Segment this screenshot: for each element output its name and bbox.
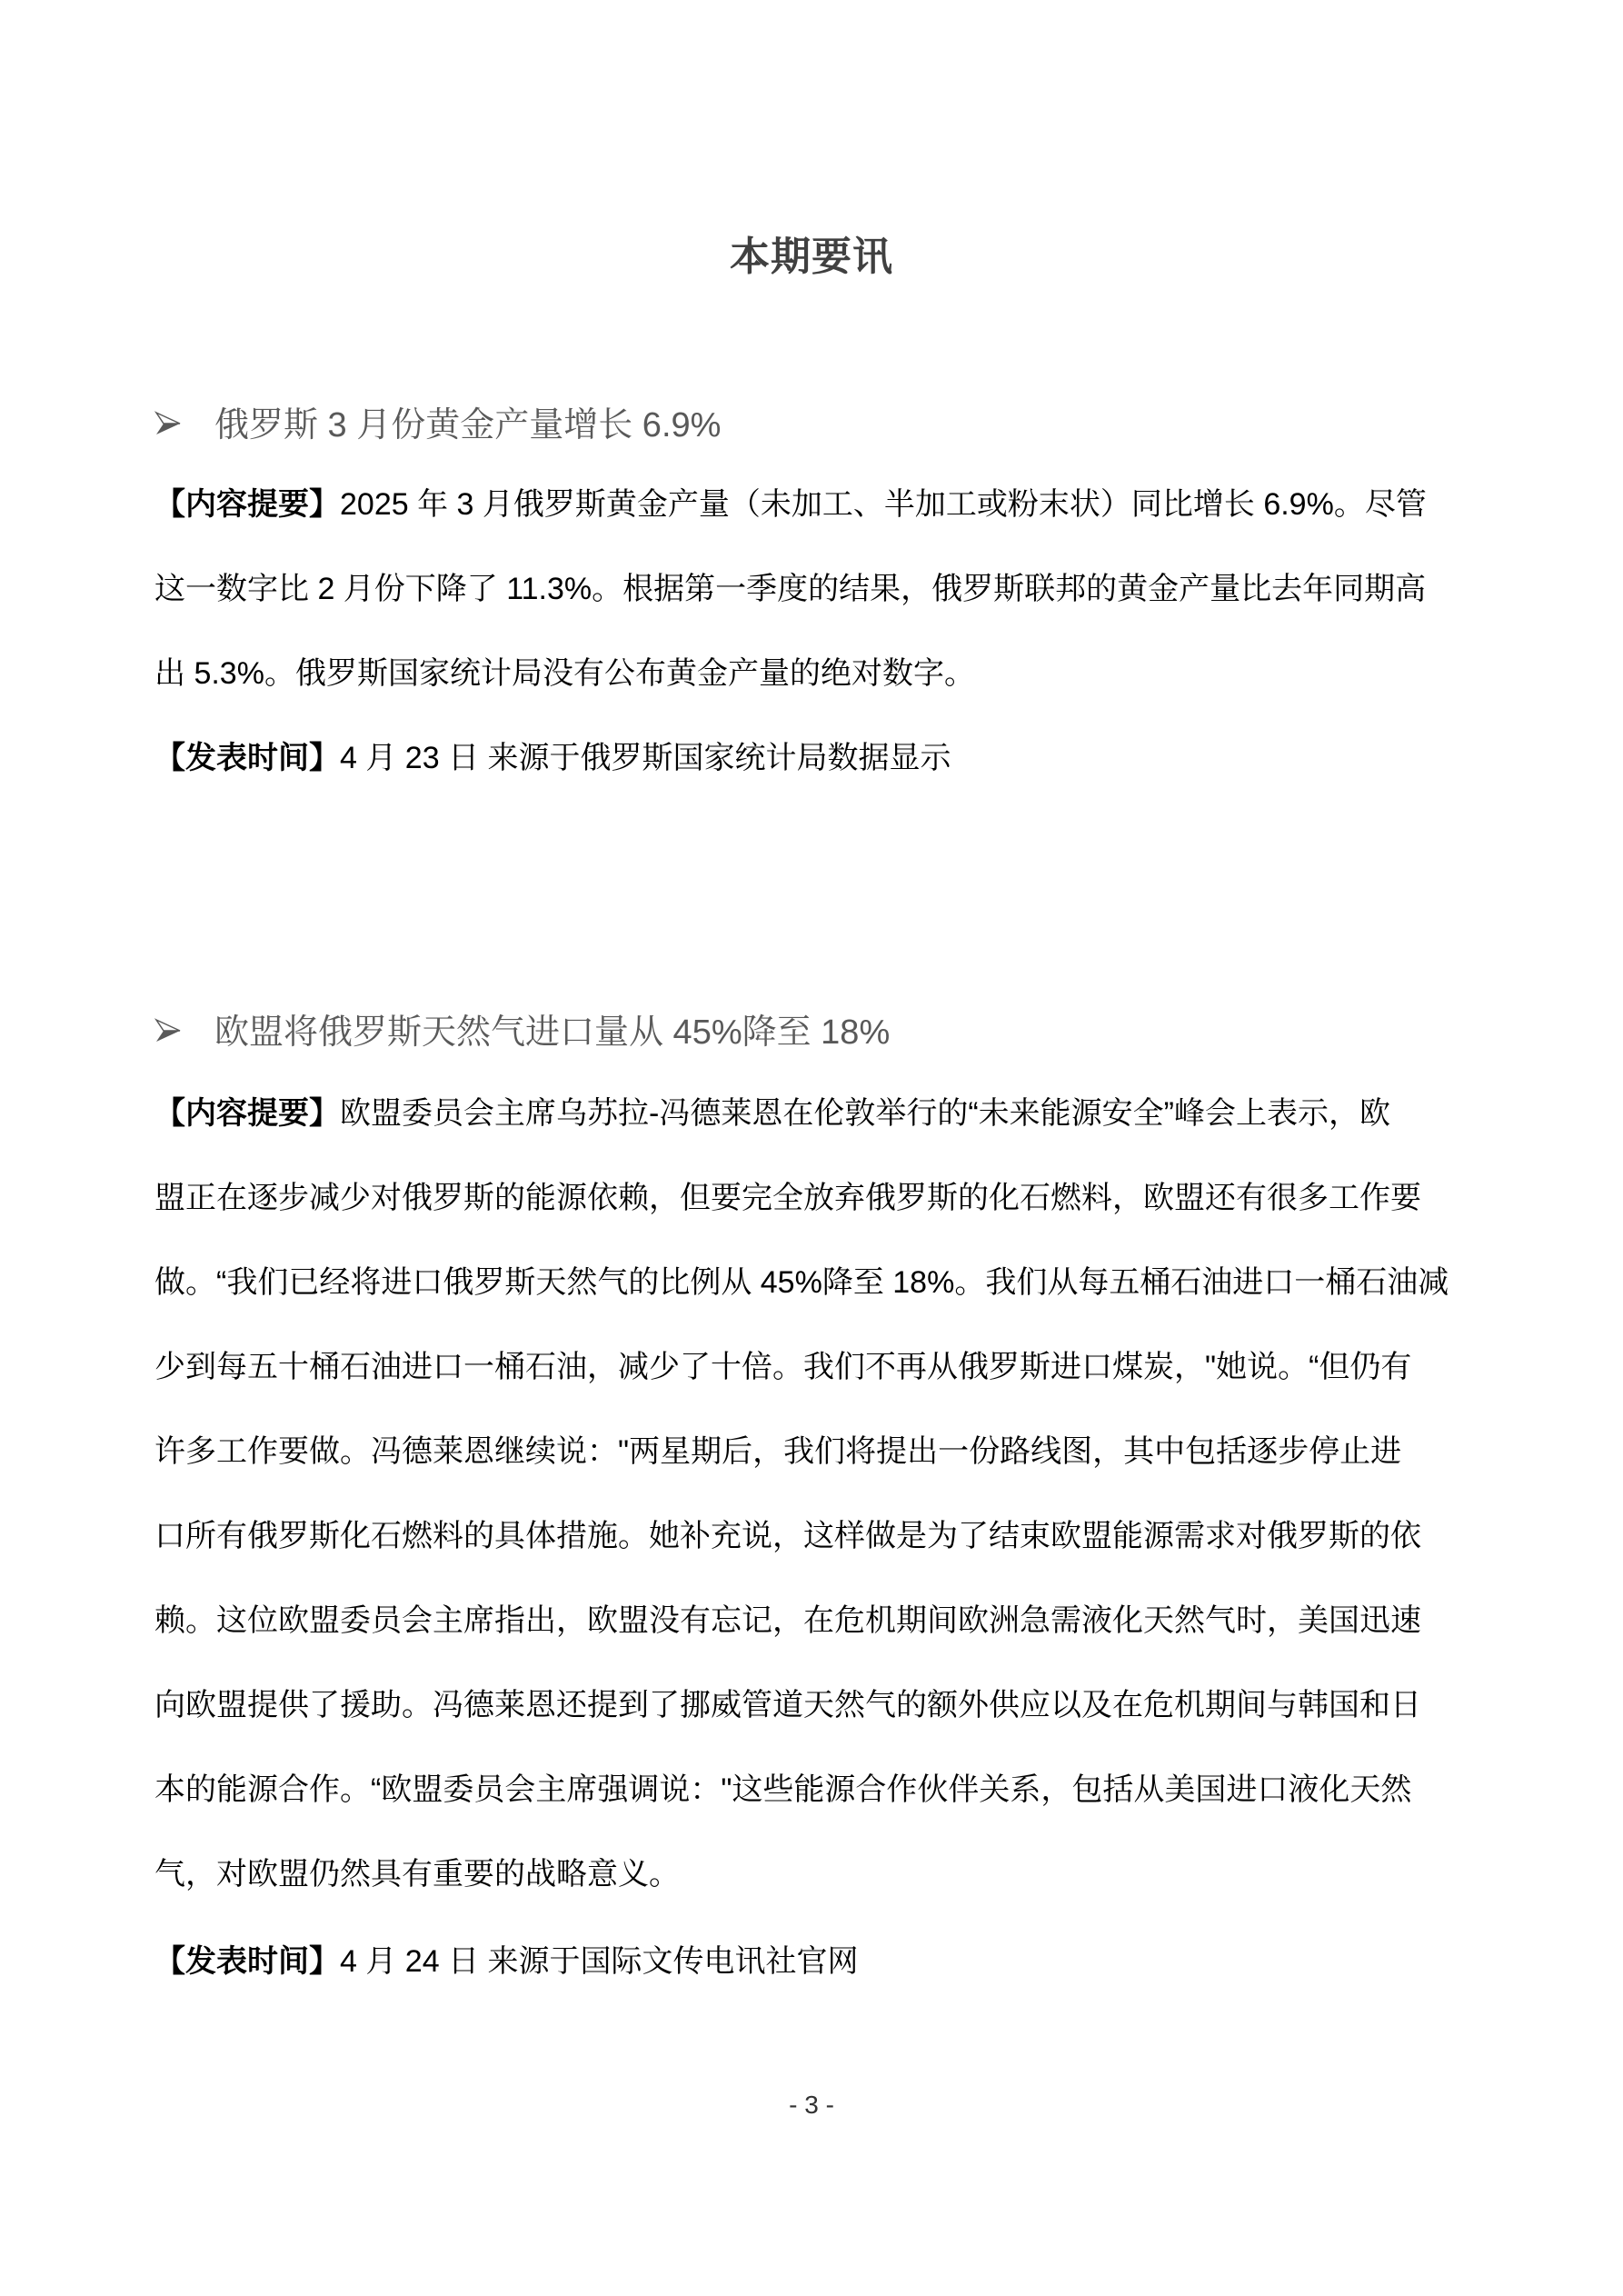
summary-text: 欧盟委员会主席乌苏拉-冯德莱恩在伦敦举行的“未来能源安全”峰会上表示，欧 <box>340 1096 1390 1131</box>
summary-line: 做。“我们已经将进口俄罗斯天然气的比例从 45%降至 18%。我们从每五桶石油进… <box>154 1241 1481 1325</box>
summary-line: 赖。这位欧盟委员会主席指出，欧盟没有忘记，在危机期间欧洲急需液化天然气时，美国迅… <box>154 1579 1481 1663</box>
summary-line: 少到每五十桶石油进口一桶石油，减少了十倍。我们不再从俄罗斯进口煤炭，"她说。“但… <box>154 1325 1481 1410</box>
section-heading-text: 欧盟将俄罗斯天然气进口量从 45%降至 18% <box>214 1003 890 1053</box>
publish-text: 4 月 23 日 来源于俄罗斯国家统计局数据显示 <box>340 741 951 775</box>
section-summary-2: 【内容提要】欧盟委员会主席乌苏拉-冯德莱恩在伦敦举行的“未来能源安全”峰会上表示… <box>154 1072 1481 1917</box>
summary-line: 【内容提要】欧盟委员会主席乌苏拉-冯德莱恩在伦敦举行的“未来能源安全”峰会上表示… <box>154 1072 1481 1156</box>
summary-line: 气，对欧盟仍然具有重要的战略意义。 <box>154 1832 1481 1917</box>
summary-line: 出 5.3%。俄罗斯国家统计局没有公布黄金产量的绝对数字。 <box>154 632 1481 716</box>
publish-label: 【发表时间】 <box>154 741 340 775</box>
section-heading-2: 欧盟将俄罗斯天然气进口量从 45%降至 18% <box>154 1005 890 1051</box>
summary-line: 这一数字比 2 月份下降了 11.3%。根据第一季度的结果，俄罗斯联邦的黄金产量… <box>154 547 1481 632</box>
summary-line: 【内容提要】2025 年 3 月俄罗斯黄金产量（未加工、半加工或粉末状）同比增长… <box>154 463 1481 547</box>
summary-line: 许多工作要做。冯德莱恩继续说："两星期后，我们将提出一份路线图，其中包括逐步停止… <box>154 1410 1481 1494</box>
arrow-bullet-icon <box>154 407 182 434</box>
summary-text: 2025 年 3 月俄罗斯黄金产量（未加工、半加工或粉末状）同比增长 6.9%。… <box>340 487 1427 522</box>
page-title: 本期要讯 <box>0 224 1623 282</box>
publish-info-1: 【发表时间】4 月 23 日 来源于俄罗斯国家统计局数据显示 <box>154 716 951 801</box>
publish-text: 4 月 24 日 来源于国际文传电讯社官网 <box>340 1944 859 1979</box>
section-heading-text: 俄罗斯 3 月份黄金产量增长 6.9% <box>214 396 721 446</box>
section-summary-1: 【内容提要】2025 年 3 月俄罗斯黄金产量（未加工、半加工或粉末状）同比增长… <box>154 463 1481 716</box>
summary-line: 本的能源合作。“欧盟委员会主席强调说："这些能源合作伙伴关系，包括从美国进口液化… <box>154 1748 1481 1832</box>
summary-line: 向欧盟提供了援助。冯德莱恩还提到了挪威管道天然气的额外供应以及在危机期间与韩国和… <box>154 1663 1481 1748</box>
section-heading-1: 俄罗斯 3 月份黄金产量增长 6.9% <box>154 398 721 444</box>
arrow-bullet-icon <box>154 1014 182 1042</box>
summary-line: 盟正在逐步减少对俄罗斯的能源依赖，但要完全放弃俄罗斯的化石燃料，欧盟还有很多工作… <box>154 1156 1481 1241</box>
summary-label: 【内容提要】 <box>154 487 340 522</box>
summary-line: 口所有俄罗斯化石燃料的具体措施。她补充说，这样做是为了结束欧盟能源需求对俄罗斯的… <box>154 1494 1481 1579</box>
publish-label: 【发表时间】 <box>154 1944 340 1979</box>
publish-info-2: 【发表时间】4 月 24 日 来源于国际文传电讯社官网 <box>154 1920 859 2004</box>
summary-label: 【内容提要】 <box>154 1096 340 1131</box>
page-number: - 3 - <box>0 2091 1623 2120</box>
